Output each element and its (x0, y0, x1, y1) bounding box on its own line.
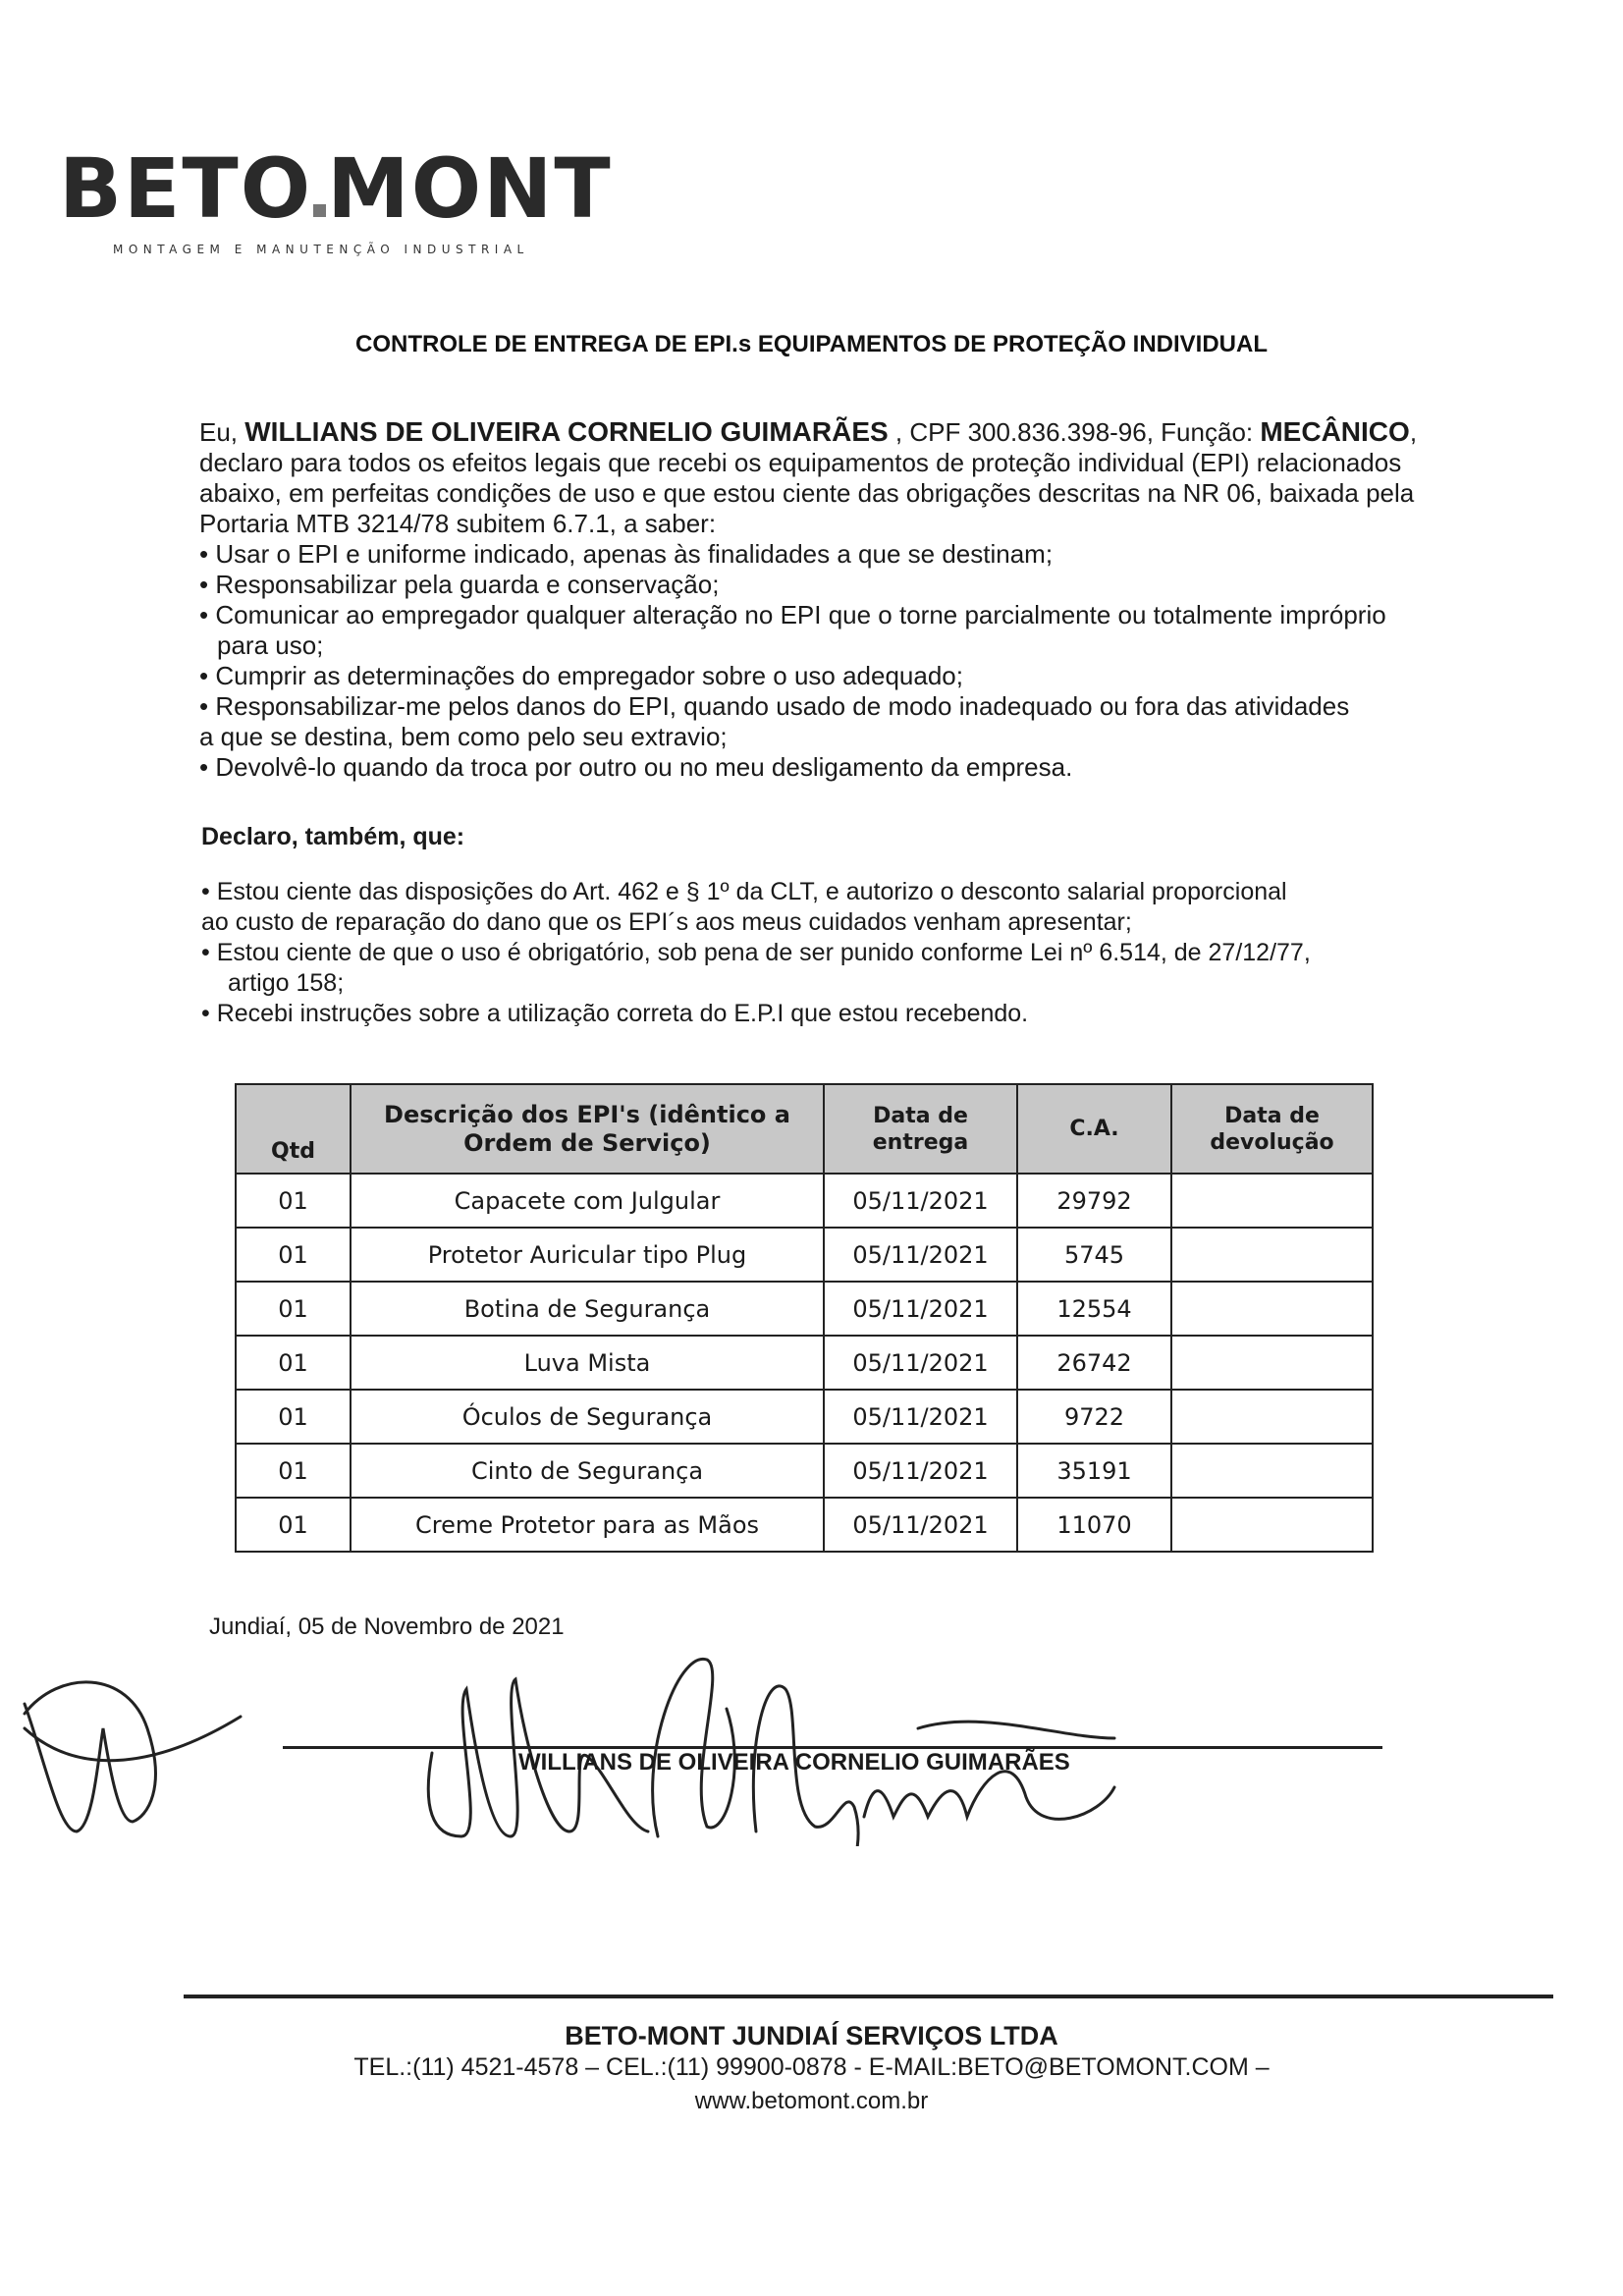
logo-text-right: MONT (327, 140, 613, 237)
cell-description: Botina de Segurança (351, 1282, 824, 1336)
cell-return-date (1171, 1336, 1373, 1390)
cell-ca: 11070 (1017, 1498, 1171, 1552)
footer-contact-info: TEL.:(11) 4521-4578 – CEL.:(11) 99900-08… (0, 2053, 1623, 2082)
cell-delivery-date: 05/11/2021 (824, 1336, 1017, 1390)
header-qtd: Qtd (236, 1084, 351, 1174)
cell-delivery-date: 05/11/2021 (824, 1282, 1017, 1336)
cell-ca: 5745 (1017, 1228, 1171, 1282)
cell-delivery-date: 05/11/2021 (824, 1444, 1017, 1498)
cell-ca: 26742 (1017, 1336, 1171, 1390)
cell-return-date (1171, 1282, 1373, 1336)
also-declare-heading: Declaro, também, que: (201, 823, 464, 851)
cell-qtd: 01 (236, 1444, 351, 1498)
table-row: 01Protetor Auricular tipo Plug05/11/2021… (236, 1228, 1373, 1282)
header-delivery-date: Data de entrega (824, 1084, 1017, 1174)
obligation-item: • Comunicar ao empregador qualquer alter… (199, 600, 1456, 630)
cell-ca: 35191 (1017, 1444, 1171, 1498)
logo-text-left: BETO (59, 140, 312, 237)
table-row: 01Cinto de Segurança05/11/202135191 (236, 1444, 1373, 1498)
document-title: CONTROLE DE ENTREGA DE EPI.s EQUIPAMENTO… (0, 331, 1623, 358)
cell-qtd: 01 (236, 1498, 351, 1552)
signer-name: WILLIANS DE OLIVEIRA CORNELIO GUIMARÃES (518, 1749, 1070, 1777)
footer-website-link[interactable]: www.betomont.com.br (0, 2088, 1623, 2115)
obligation-item: • Devolvê-lo quando da troca por outro o… (199, 752, 1456, 783)
logo-tagline: MONTAGEM E MANUTENÇÃO INDUSTRIAL (113, 243, 529, 256)
cell-description: Óculos de Segurança (351, 1390, 824, 1444)
also-declare-list: • Estou ciente das disposições do Art. 4… (201, 877, 1458, 1029)
declaration-intro: Eu, WILLIANS DE OLIVEIRA CORNELIO GUIMAR… (199, 416, 1456, 539)
cell-description: Capacete com Julgular (351, 1174, 824, 1228)
cell-return-date (1171, 1174, 1373, 1228)
declaration-paragraph: Eu, WILLIANS DE OLIVEIRA CORNELIO GUIMAR… (199, 416, 1456, 783)
table-row: 01Botina de Segurança05/11/202112554 (236, 1282, 1373, 1336)
declare-item: • Estou ciente das disposições do Art. 4… (201, 877, 1458, 907)
cell-qtd: 01 (236, 1228, 351, 1282)
table-header-row: Qtd Descrição dos EPI's (idêntico a Orde… (236, 1084, 1373, 1174)
obligation-item: • Responsabilizar-me pelos danos do EPI,… (199, 691, 1456, 722)
cell-description: Creme Protetor para as Mãos (351, 1498, 824, 1552)
declare-item: • Estou ciente de que o uso é obrigatóri… (201, 938, 1458, 968)
cell-return-date (1171, 1390, 1373, 1444)
employee-role: MECÂNICO (1260, 416, 1409, 447)
cell-return-date (1171, 1498, 1373, 1552)
cell-delivery-date: 05/11/2021 (824, 1390, 1017, 1444)
cell-ca: 29792 (1017, 1174, 1171, 1228)
cell-description: Cinto de Segurança (351, 1444, 824, 1498)
cell-qtd: 01 (236, 1336, 351, 1390)
handwritten-signature-icon (0, 1611, 1623, 1846)
employee-name: WILLIANS DE OLIVEIRA CORNELIO GUIMARÃES (244, 416, 888, 447)
cell-qtd: 01 (236, 1174, 351, 1228)
cell-description: Luva Mista (351, 1336, 824, 1390)
header-return-date: Data de devolução (1171, 1084, 1373, 1174)
obligation-item: • Cumprir as determinações do empregador… (199, 661, 1456, 691)
declare-item-cont: ao custo de reparação do dano que os EPI… (201, 907, 1458, 938)
declare-item: • Recebi instruções sobre a utilização c… (201, 999, 1458, 1029)
cell-description: Protetor Auricular tipo Plug (351, 1228, 824, 1282)
footer-divider (184, 1995, 1553, 1998)
table-row: 01Luva Mista05/11/202126742 (236, 1336, 1373, 1390)
cell-qtd: 01 (236, 1390, 351, 1444)
company-logo: BETOMONT (59, 147, 613, 230)
obligation-item-cont: para uso; (199, 630, 1456, 661)
epi-table: Qtd Descrição dos EPI's (idêntico a Orde… (235, 1083, 1374, 1553)
obligation-item: • Usar o EPI e uniforme indicado, apenas… (199, 539, 1456, 570)
table-row: 01Creme Protetor para as Mãos05/11/20211… (236, 1498, 1373, 1552)
table-row: 01Óculos de Segurança05/11/20219722 (236, 1390, 1373, 1444)
cell-delivery-date: 05/11/2021 (824, 1498, 1017, 1552)
cell-return-date (1171, 1228, 1373, 1282)
cell-ca: 12554 (1017, 1282, 1171, 1336)
cell-return-date (1171, 1444, 1373, 1498)
header-description: Descrição dos EPI's (idêntico a Ordem de… (351, 1084, 824, 1174)
obligation-item: • Responsabilizar pela guarda e conserva… (199, 570, 1456, 600)
declare-item-cont: artigo 158; (201, 968, 1458, 999)
header-ca: C.A. (1017, 1084, 1171, 1174)
cell-delivery-date: 05/11/2021 (824, 1228, 1017, 1282)
cell-ca: 9722 (1017, 1390, 1171, 1444)
cpf-text: , CPF 300.836.398-96, Função: (889, 417, 1253, 447)
obligation-item-cont: a que se destina, bem como pelo seu extr… (199, 722, 1456, 752)
table-row: 01Capacete com Julgular05/11/202129792 (236, 1174, 1373, 1228)
footer-company-name: BETO-MONT JUNDIAÍ SERVIÇOS LTDA (0, 2021, 1623, 2051)
cell-qtd: 01 (236, 1282, 351, 1336)
cell-delivery-date: 05/11/2021 (824, 1174, 1017, 1228)
logo-square-icon (313, 204, 326, 217)
